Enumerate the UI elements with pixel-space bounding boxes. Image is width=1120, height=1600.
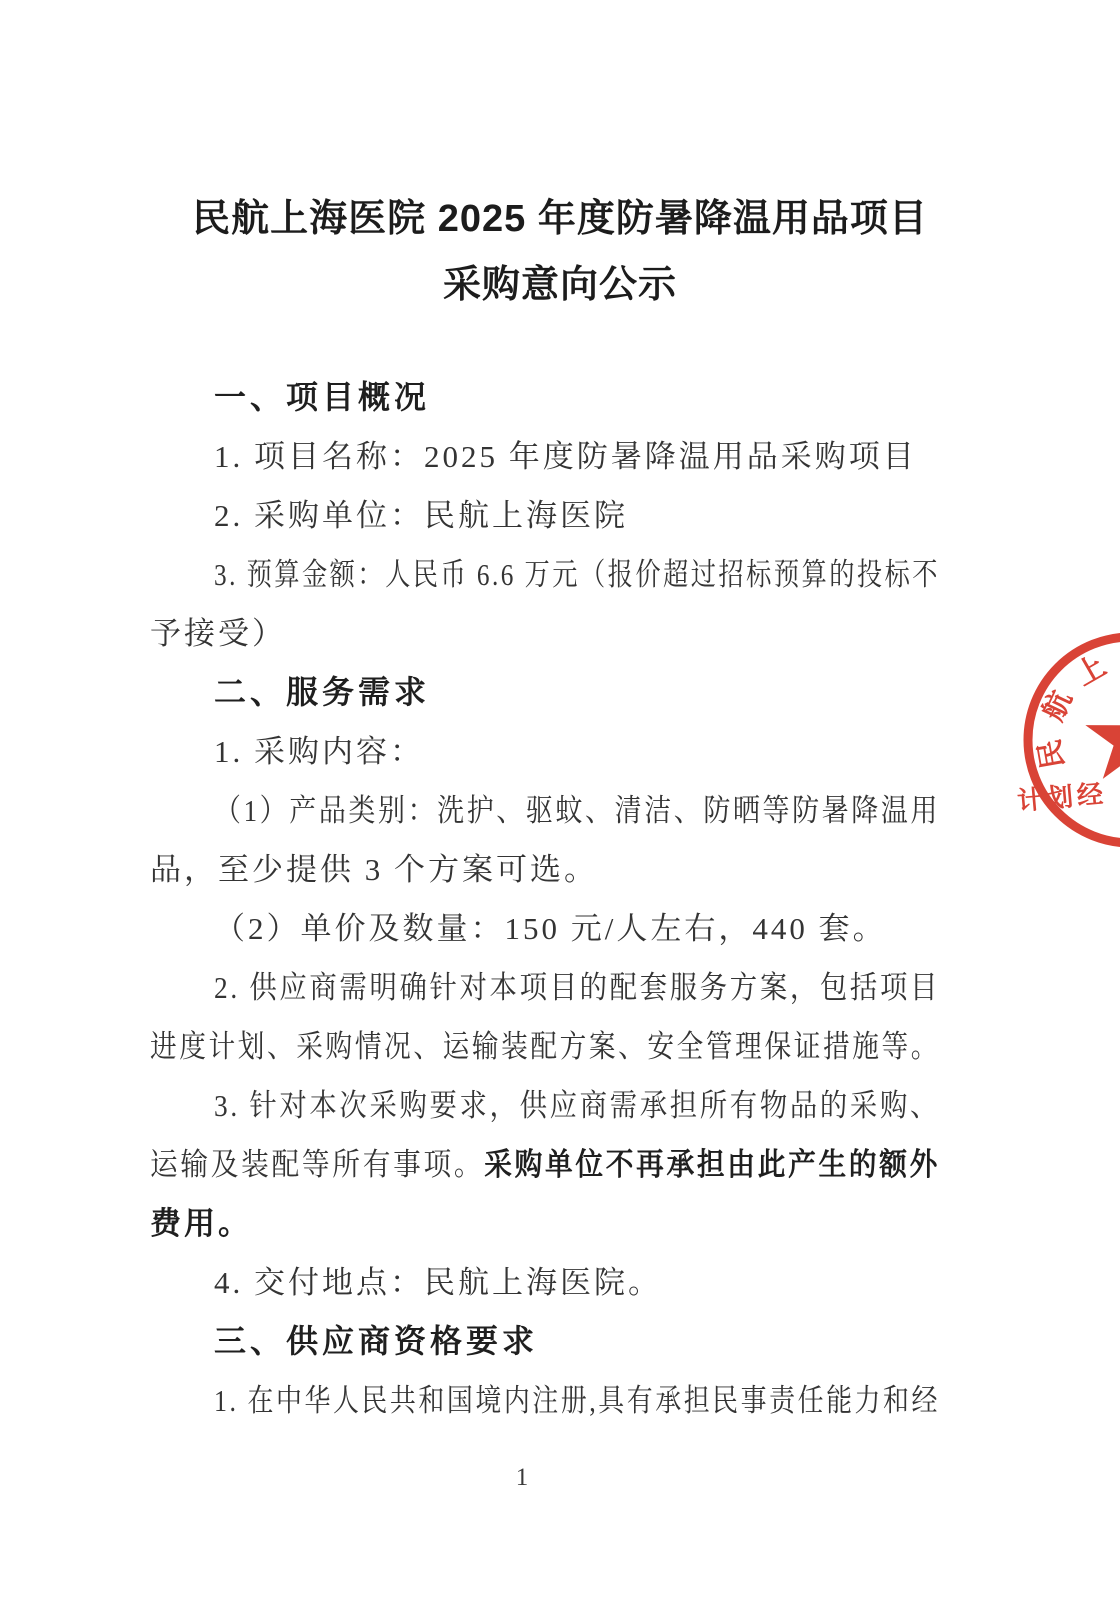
product-category-line-1-text: （1）产品类别：洗护、驱蚊、清洁、防晒等防暑降温用 <box>214 781 940 840</box>
section-2-heading: 二、服务需求 <box>150 663 940 722</box>
product-category-line-1: （1）产品类别：洗护、驱蚊、清洁、防晒等防暑降温用 <box>150 781 940 840</box>
responsibility-line-1: 3. 针对本次采购要求，供应商需承担所有物品的采购、 <box>150 1076 940 1135</box>
project-name-item: 1. 项目名称：2025 年度防暑降温用品采购项目 <box>150 427 940 486</box>
page-number: 1 <box>0 1464 1044 1492</box>
responsibility-line-2: 运输及装配等所有事项。采购单位不再承担由此产生的额外 <box>150 1135 940 1194</box>
service-plan-line-2-text: 进度计划、采购情况、运输装配方案、安全管理保证措施等。 <box>150 1017 940 1076</box>
seal-department-text: 计划经 <box>1016 778 1108 816</box>
product-category-line-2: 品，至少提供 3 个方案可选。 <box>150 840 940 899</box>
delivery-location-item: 4. 交付地点：民航上海医院。 <box>150 1253 940 1312</box>
budget-item-line-2: 予接受） <box>150 604 940 663</box>
document-title-line-2: 采购意向公示 <box>0 252 1120 318</box>
service-plan-line-1: 2. 供应商需明确针对本项目的配套服务方案，包括项目 <box>150 958 940 1017</box>
seal-star-icon <box>1085 692 1120 779</box>
procurement-content-item: 1. 采购内容： <box>150 722 940 781</box>
responsibility-line-3: 费用。 <box>150 1194 940 1253</box>
budget-item-line-1-text: 3. 预算金额：人民币 6.6 万元（报价超过招标预算的投标不 <box>214 545 940 604</box>
service-plan-line-2: 进度计划、采购情况、运输装配方案、安全管理保证措施等。 <box>150 1017 940 1076</box>
budget-item-line-1: 3. 预算金额：人民币 6.6 万元（报价超过招标预算的投标不 <box>150 545 940 604</box>
supplier-qualification-line-1-text: 1. 在中华人民共和国境内注册,具有承担民事责任能力和经 <box>214 1371 940 1430</box>
section-3-heading: 三、供应商资格要求 <box>150 1312 940 1371</box>
document-page: 民航上海医院 2025 年度防暑降温用品项目 采购意向公示 一、项目概况 1. … <box>0 0 1120 1600</box>
service-plan-line-1-text: 2. 供应商需明确针对本项目的配套服务方案，包括项目 <box>214 958 940 1017</box>
purchasing-unit-item: 2. 采购单位：民航上海医院 <box>150 486 940 545</box>
responsibility-line-1-text: 3. 针对本次采购要求，供应商需承担所有物品的采购、 <box>214 1076 940 1135</box>
document-title: 民航上海医院 2025 年度防暑降温用品项目 采购意向公示 <box>0 186 1120 318</box>
seal-arc-char-1: 民 <box>1033 737 1071 771</box>
official-seal: 民 航 上 计划经 <box>1000 610 1120 870</box>
document-title-line-1: 民航上海医院 2025 年度防暑降温用品项目 <box>0 186 1120 252</box>
responsibility-line-2-bold: 采购单位不再承担由此产生的额外 <box>484 1147 940 1182</box>
document-body: 一、项目概况 1. 项目名称：2025 年度防暑降温用品采购项目 2. 采购单位… <box>150 368 940 1430</box>
price-quantity-item: （2）单价及数量：150 元/人左右，440 套。 <box>150 899 940 958</box>
responsibility-line-2-text: 运输及装配等所有事项。采购单位不再承担由此产生的额外 <box>150 1135 940 1194</box>
supplier-qualification-line-1: 1. 在中华人民共和国境内注册,具有承担民事责任能力和经 <box>150 1371 940 1430</box>
section-1-heading: 一、项目概况 <box>150 368 940 427</box>
responsibility-line-2-normal: 运输及装配等所有事项。 <box>150 1147 484 1182</box>
